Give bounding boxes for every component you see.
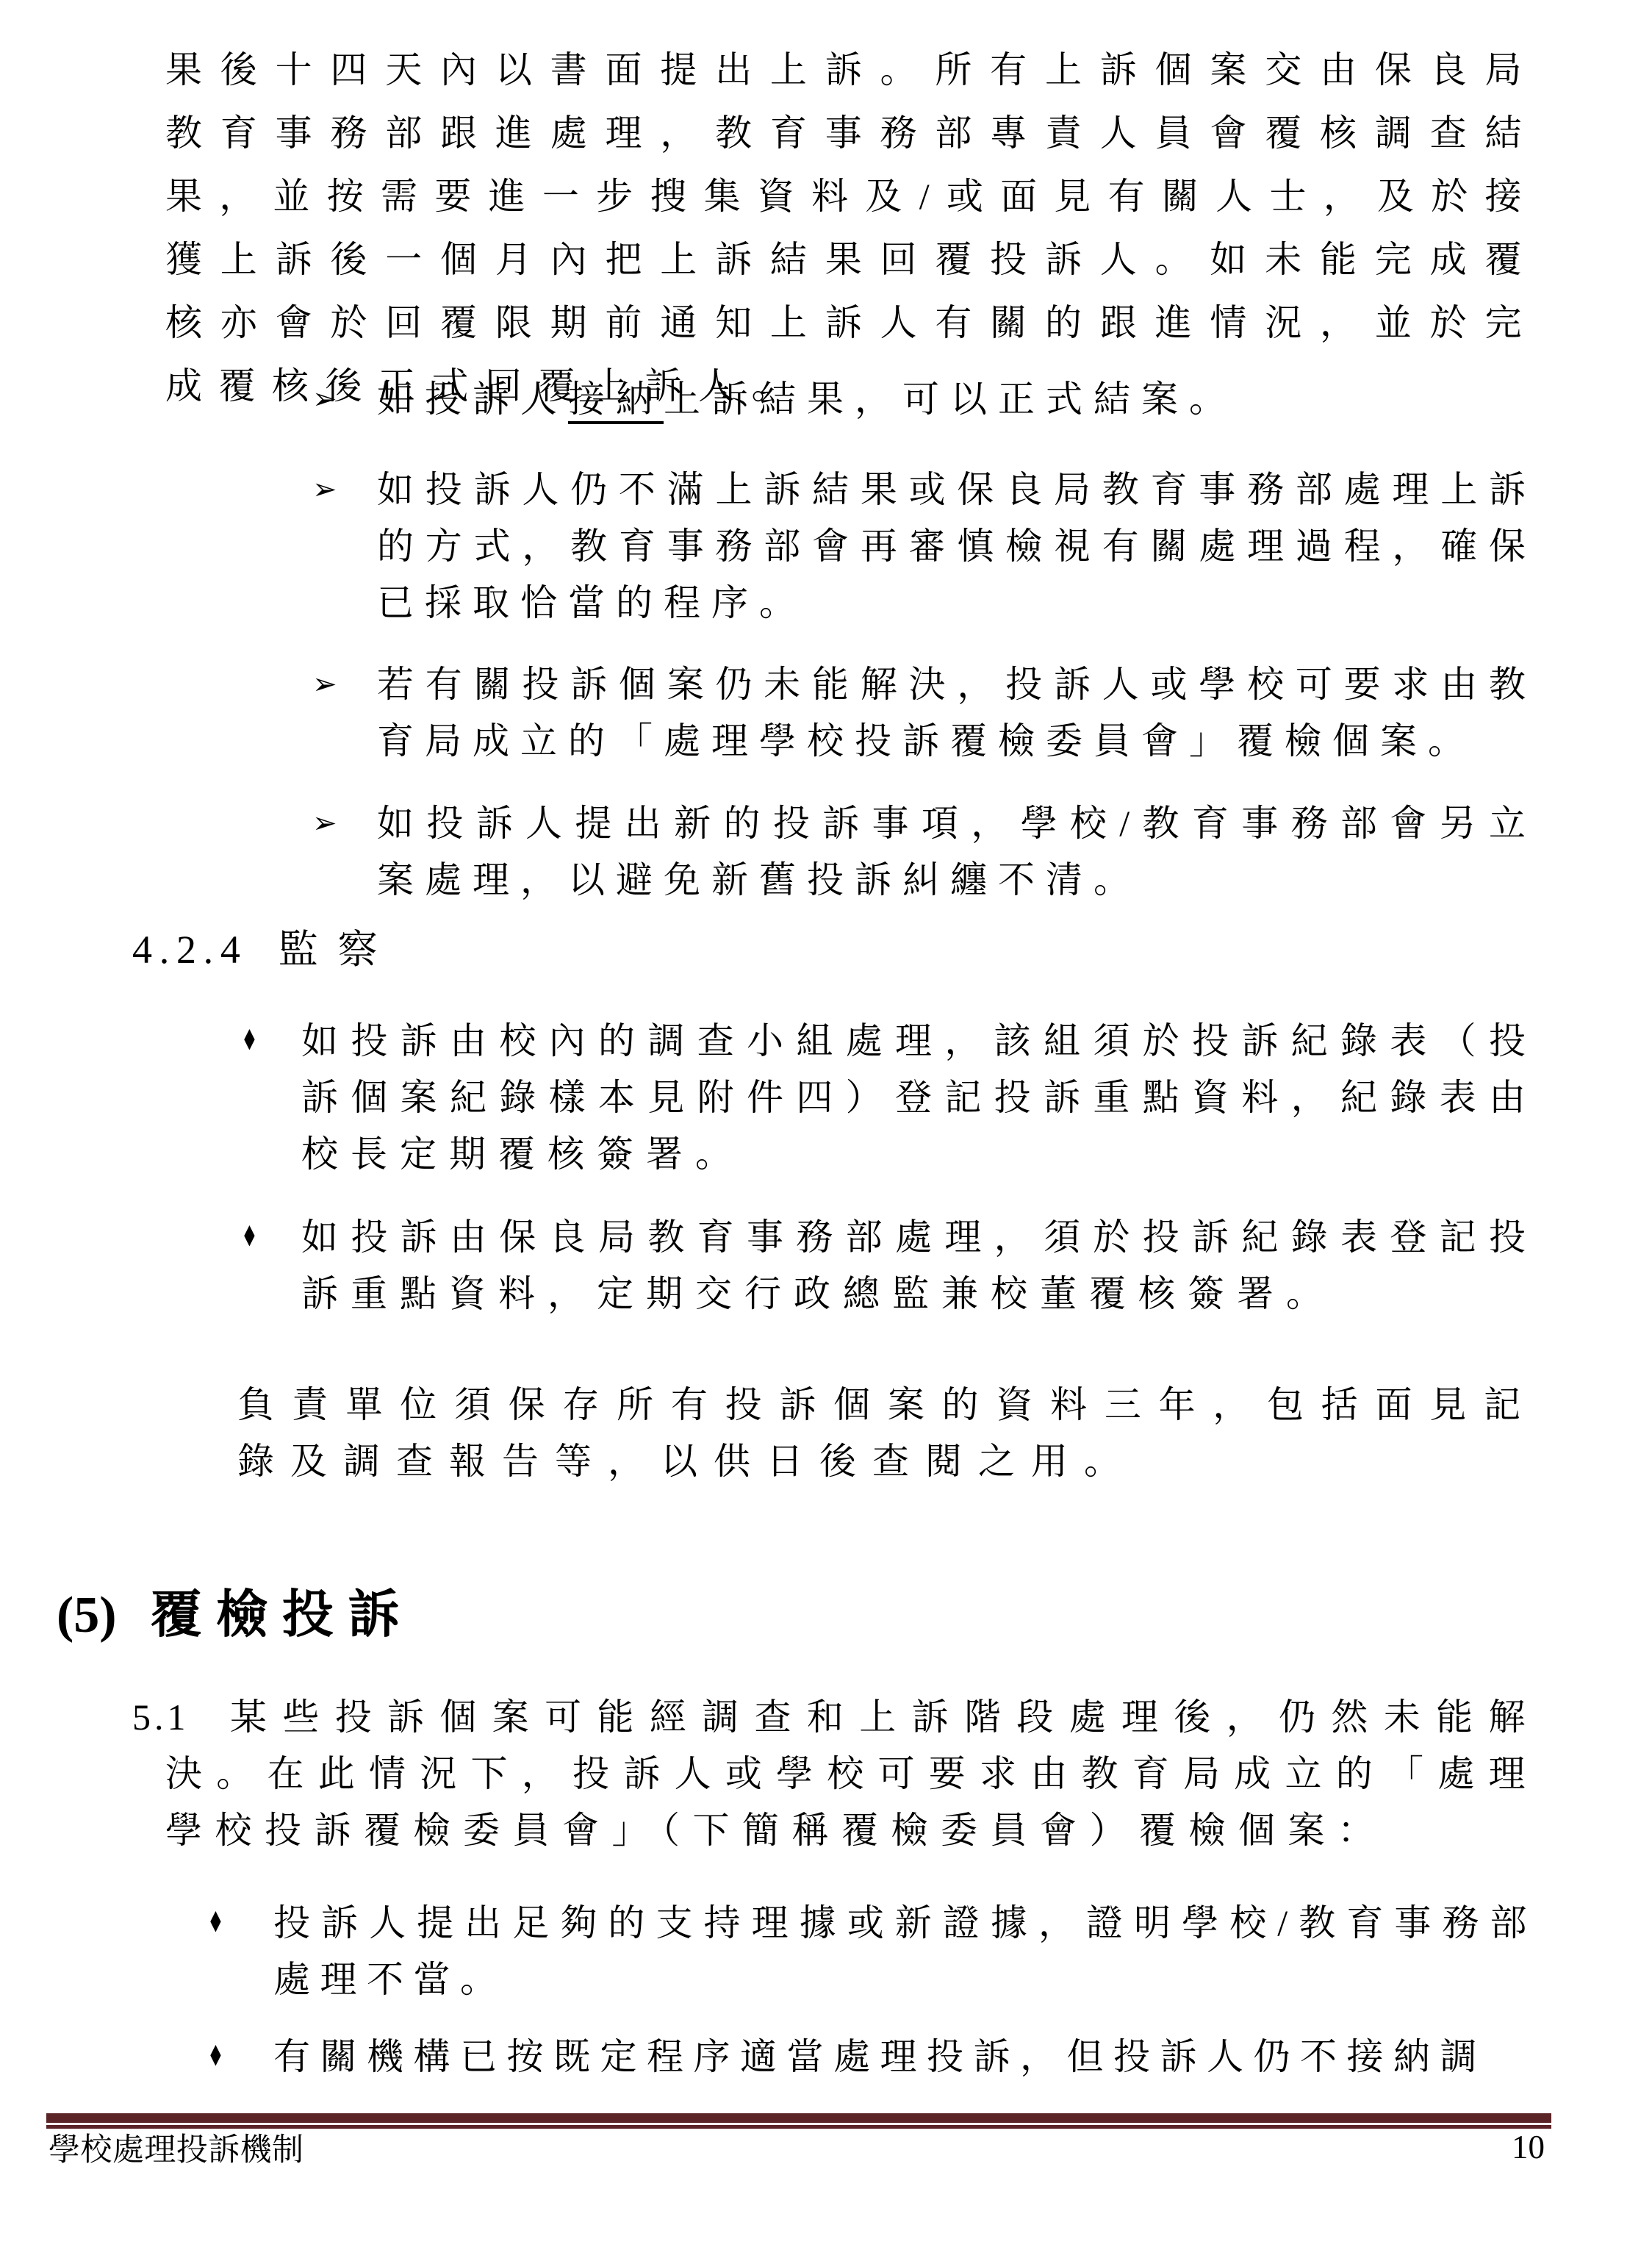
section-number: 4.2.4 (132, 928, 248, 972)
item-number: 5.1 (132, 1689, 190, 1746)
arrow-bullet-item: ➢ 如投訴人仍不滿上訴結果或保良局教育事務部處理上訴的方式，教育事務部會再審慎檢… (312, 462, 1537, 631)
arrow-bullet-icon: ➢ (312, 371, 377, 428)
diamond-bullet-item: ♦ 有關機構已按既定程序適當處理投訴，但投訴人仍不接納調 (207, 2029, 1537, 2085)
section-heading-424: 4.2.4監察 (132, 928, 398, 972)
section-title: 監察 (279, 928, 398, 972)
diamond-bullet-item: ♦ 如投訴由校內的調查小組處理，該組須於投訴紀錄表（投訴個案紀錄樣本見附件四）登… (241, 1013, 1538, 1183)
section-title: 覆檢投訴 (151, 1587, 414, 1644)
bullet-text: 如投訴由保良局教育事務部處理，須於投訴紀錄表登記投訴重點資料，定期交行政總監兼校… (301, 1209, 1538, 1322)
diamond-bullet-icon: ♦ (207, 2029, 273, 2085)
intro-paragraph: 果後十四天內以書面提出上訴。所有上訴個案交由保良局教育事務部跟進處理，教育事務部… (165, 38, 1538, 418)
bullet-text-post: 上訴結果，可以正式結案。 (664, 379, 1237, 420)
bullet-text: 若有關投訴個案仍未能解決，投訴人或學校可要求由教育局成立的「處理學校投訴覆檢委員… (377, 656, 1537, 770)
section-number: (5) (57, 1587, 117, 1644)
item-5-1: 5.1 某些投訴個案可能經調查和上訴階段處理後，仍然未能解決。在此情況下，投訴人… (165, 1689, 1538, 1859)
bullet-text-pre: 如投訴人 (377, 379, 568, 420)
bullet-text: 有關機構已按既定程序適當處理投訴，但投訴人仍不接納調 (273, 2029, 1537, 2085)
footer-rule-thick (46, 2113, 1551, 2123)
section-heading-5: (5)覆檢投訴 (57, 1573, 414, 1647)
bullet-text: 如投訴人提出新的投訴事項，學校/教育事務部會另立案處理，以避免新舊投訴糾纏不清。 (377, 795, 1537, 909)
bullet-text: 如投訴人接納上訴結果，可以正式結案。 (377, 371, 1537, 428)
page-number: 10 (1512, 2129, 1545, 2165)
diamond-bullet-icon: ♦ (207, 1895, 273, 1952)
arrow-bullet-item: ➢ 若有關投訴個案仍未能解決，投訴人或學校可要求由教育局成立的「處理學校投訴覆檢… (312, 656, 1537, 770)
diamond-bullet-icon: ♦ (241, 1209, 301, 1266)
arrow-bullet-icon: ➢ (312, 462, 377, 518)
arrow-bullet-item: ➢ 如投訴人接納上訴結果，可以正式結案。 (312, 371, 1537, 428)
bullet-text: 如投訴由校內的調查小組處理，該組須於投訴紀錄表（投訴個案紀錄樣本見附件四）登記投… (301, 1013, 1538, 1183)
arrow-bullet-item: ➢ 如投訴人提出新的投訴事項，學校/教育事務部會另立案處理，以避免新舊投訴糾纏不… (312, 795, 1537, 909)
diamond-bullet-item: ♦ 如投訴由保良局教育事務部處理，須於投訴紀錄表登記投訴重點資料，定期交行政總監… (241, 1209, 1538, 1322)
item-text: 某些投訴個案可能經調查和上訴階段處理後，仍然未能解決。在此情況下，投訴人或學校可… (165, 1689, 1538, 1859)
diamond-bullet-icon: ♦ (241, 1013, 301, 1069)
arrow-bullet-icon: ➢ (312, 795, 377, 852)
record-keeping-paragraph: 負責單位須保存所有投訴個案的資料三年，包括面見記錄及調查報告等，以供日後查閱之用… (237, 1377, 1537, 1490)
bullet-text: 投訴人提出足夠的支持理據或新證據，證明學校/教育事務部處理不當。 (273, 1895, 1537, 2008)
arrow-bullet-icon: ➢ (312, 656, 377, 713)
footer-document-title: 學校處理投訴機制 (49, 2133, 304, 2168)
bullet-text: 如投訴人仍不滿上訴結果或保良局教育事務部處理上訴的方式，教育事務部會再審慎檢視有… (377, 462, 1537, 631)
diamond-bullet-item: ♦ 投訴人提出足夠的支持理據或新證據，證明學校/教育事務部處理不當。 (207, 1895, 1537, 2008)
footer-rule-thin (46, 2125, 1551, 2129)
bullet-text-underlined: 接納 (568, 379, 664, 424)
document-page: 果後十四天內以書面提出上訴。所有上訴個案交由保良局教育事務部跟進處理，教育事務部… (0, 0, 1652, 2261)
